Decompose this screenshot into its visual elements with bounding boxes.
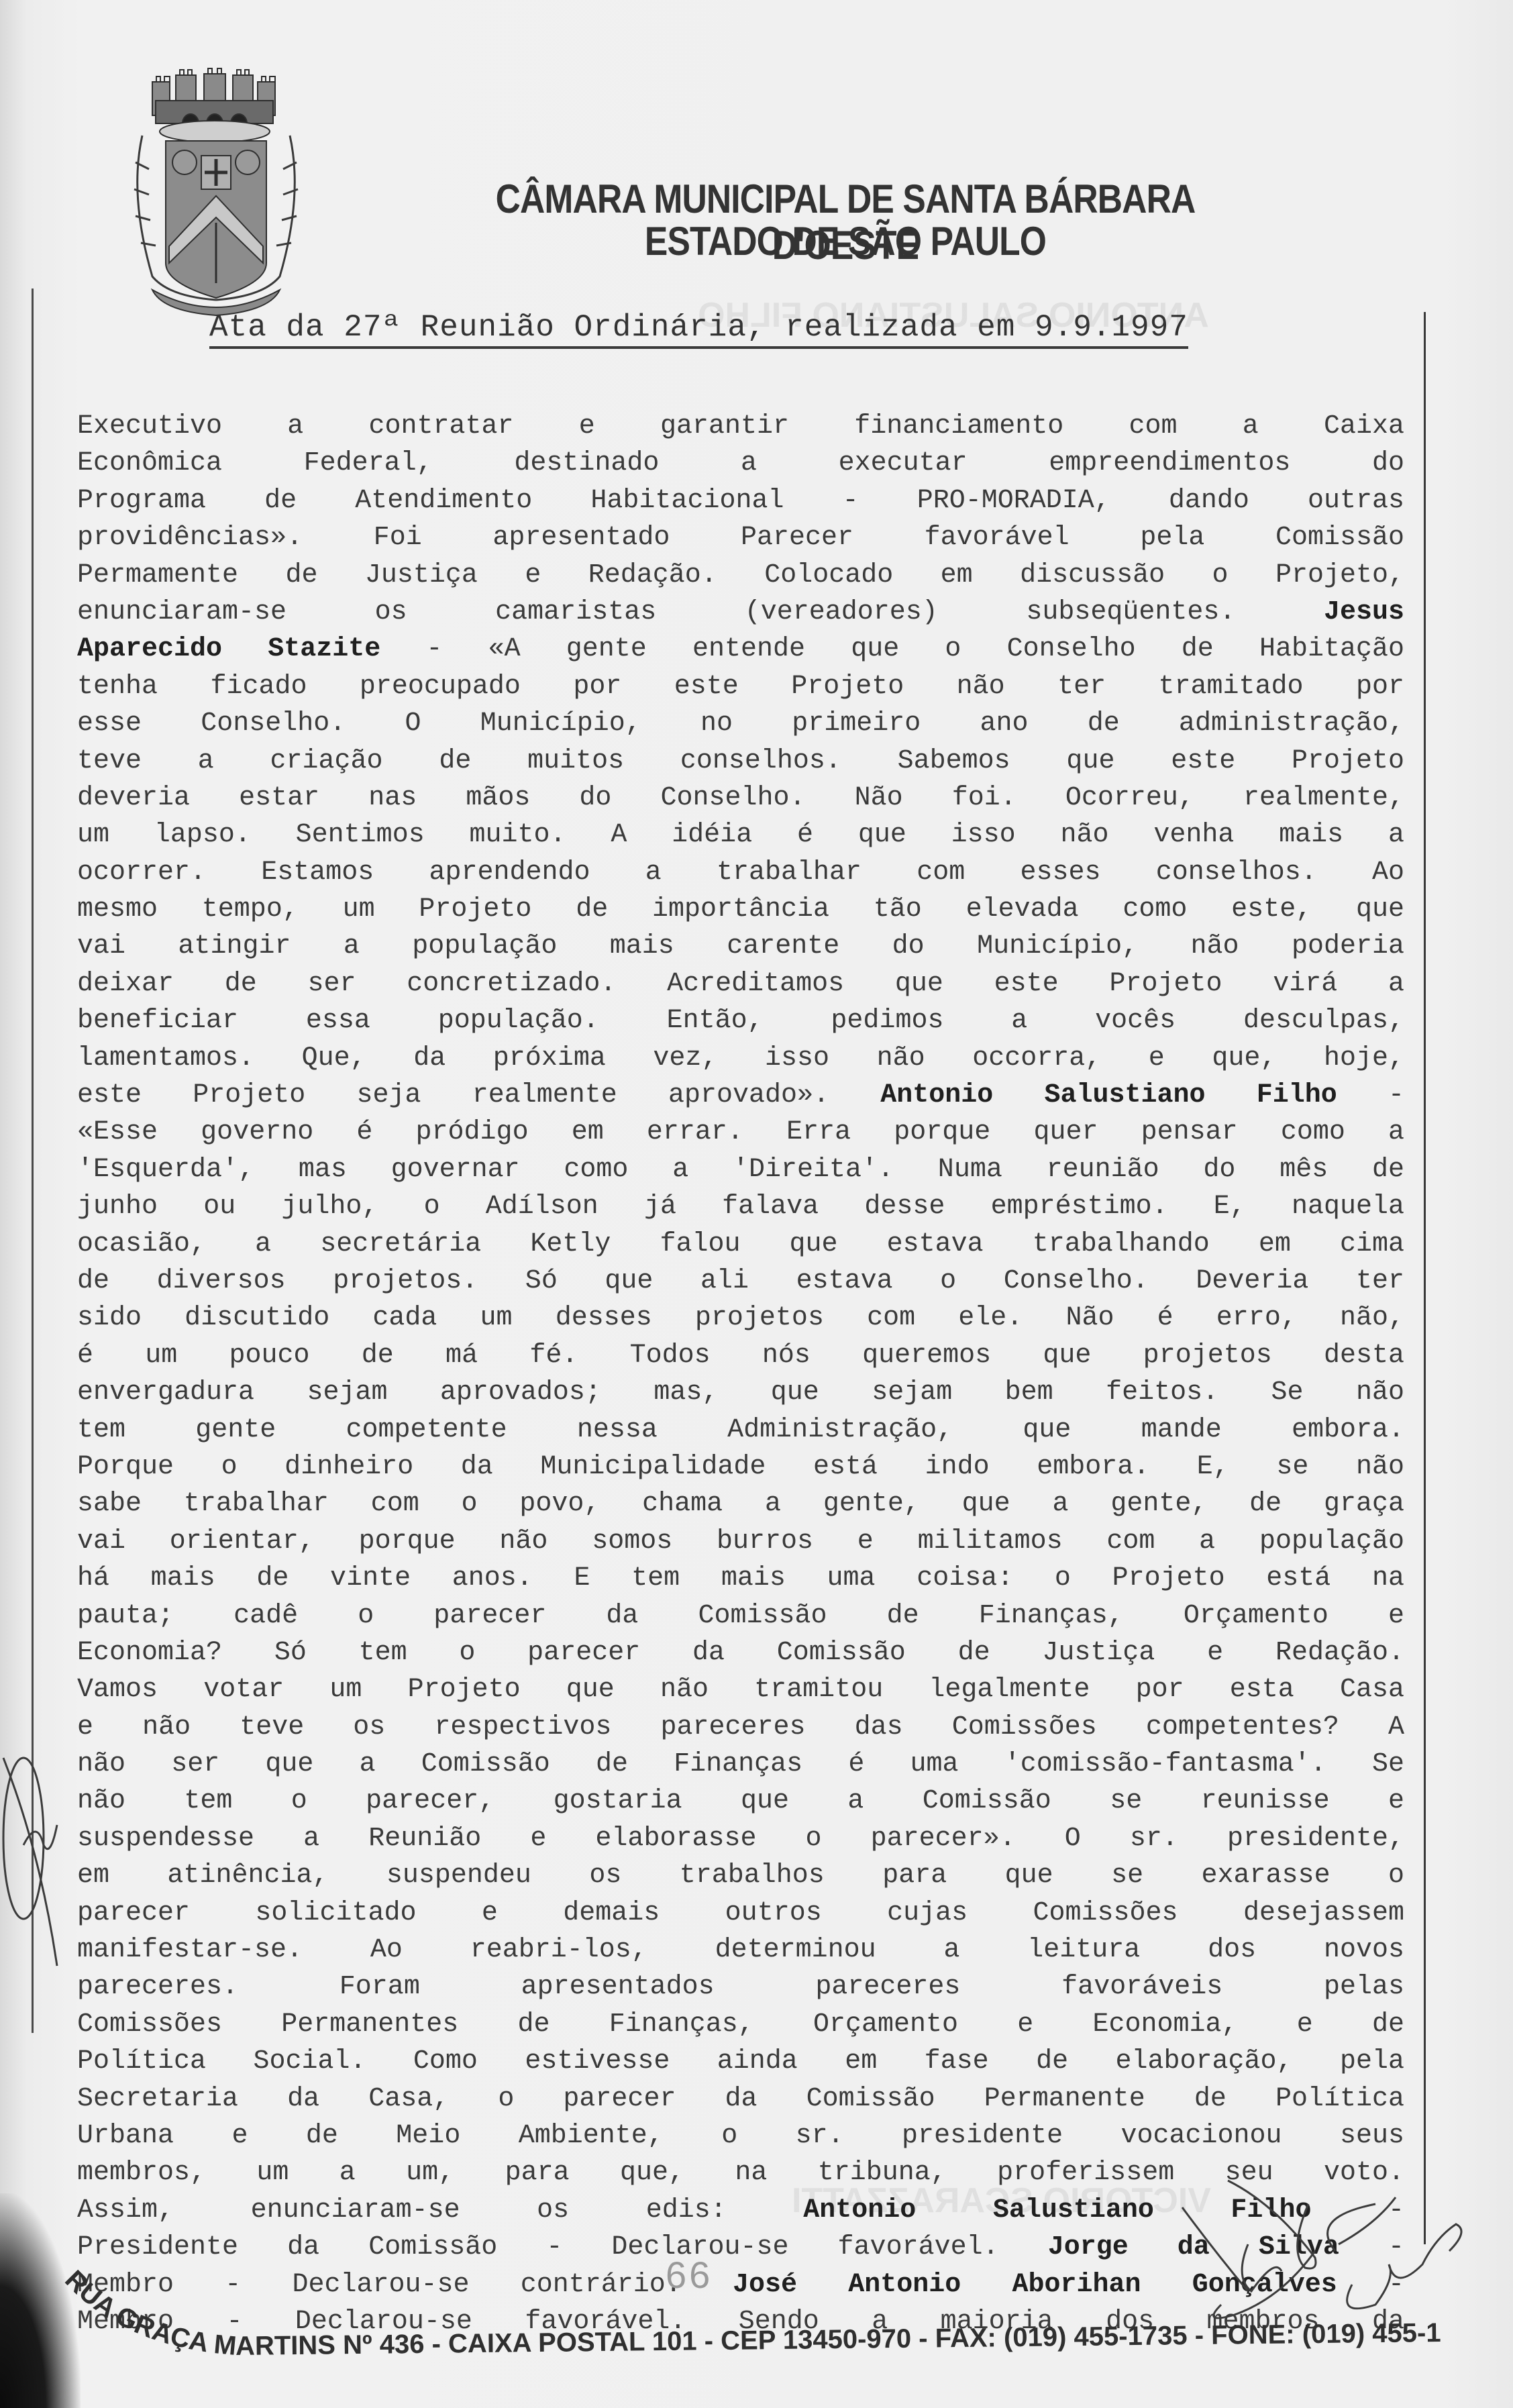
text-segment: Comissões Permanentes de Finanças, Orçam… bbox=[77, 2009, 1404, 2040]
text-line: esse Conselho. O Município, no primeiro … bbox=[77, 705, 1404, 742]
state-name: ESTADO DE SÃO PAULO bbox=[441, 218, 1249, 264]
text-segment: 'Esquerda', mas governar como a 'Direita… bbox=[77, 1155, 1404, 1185]
text-line: Urbana e de Meio Ambiente, o sr. preside… bbox=[77, 2117, 1404, 2154]
text-line: Comissões Permanentes de Finanças, Orçam… bbox=[77, 2006, 1404, 2043]
text-segment: suspendesse a Reunião e elaborasse o par… bbox=[77, 1824, 1404, 1854]
text-line: Econômica Federal, destinado a executar … bbox=[77, 445, 1404, 482]
text-line: Aparecido Stazite - «A gente entende que… bbox=[77, 631, 1404, 668]
text-line: não tem o parecer, gostaria que a Comiss… bbox=[77, 1783, 1404, 1820]
text-segment: - «A gente entende que o Conselho de Hab… bbox=[380, 634, 1404, 664]
text-segment: este Projeto seja realmente aprovado». bbox=[77, 1080, 880, 1110]
text-segment: não ser que a Comissão de Finanças é uma… bbox=[77, 1749, 1404, 1779]
text-line: é um pouco de má fé. Todos nós queremos … bbox=[77, 1337, 1404, 1374]
text-segment: manifestar-se. Ao reabri-los, determinou… bbox=[77, 1935, 1404, 1965]
text-segment: é um pouco de má fé. Todos nós queremos … bbox=[77, 1341, 1404, 1371]
text-line: de diversos projetos. Só que ali estava … bbox=[77, 1263, 1404, 1300]
text-segment: esse Conselho. O Município, no primeiro … bbox=[77, 709, 1404, 739]
text-line: beneficiar essa população. Então, pedimo… bbox=[77, 1002, 1404, 1039]
text-line: Vamos votar um Projeto que não tramitou … bbox=[77, 1671, 1404, 1708]
text-line: há mais de vinte anos. E tem mais uma co… bbox=[77, 1560, 1404, 1597]
text-line: enunciaram-se os camaristas (vereadores)… bbox=[77, 594, 1404, 631]
text-line: «Esse governo é pródigo em errar. Erra p… bbox=[77, 1114, 1404, 1151]
text-segment: vai orientar, porque não somos burros e … bbox=[77, 1526, 1404, 1557]
text-line: ocorrer. Estamos aprendendo a trabalhar … bbox=[77, 854, 1404, 891]
footer-address: RUA GRAÇA MARTINS Nº 436 - CAIXA POSTAL … bbox=[64, 2274, 1473, 2375]
text-line: sido discutido cada um desses projetos c… bbox=[77, 1300, 1404, 1337]
speaker-name: Antonio Salustiano Filho bbox=[880, 1080, 1337, 1110]
text-segment: vai atingir a população mais carente do … bbox=[77, 931, 1404, 961]
text-line: vai atingir a população mais carente do … bbox=[77, 928, 1404, 965]
text-segment: Presidente da Comissão - Declarou-se fav… bbox=[77, 2232, 1048, 2262]
margin-signature-icon bbox=[0, 1744, 74, 1999]
text-segment: beneficiar essa população. Então, pedimo… bbox=[77, 1006, 1404, 1036]
text-segment: Assim, enunciaram-se os edis: bbox=[77, 2195, 803, 2226]
text-segment: enunciaram-se os camaristas (vereadores)… bbox=[77, 597, 1324, 627]
document-title: Ata da 27ª Reunião Ordinária, realizada … bbox=[209, 310, 1188, 349]
text-segment: não tem o parecer, gostaria que a Comiss… bbox=[77, 1786, 1404, 1816]
coat-of-arms-icon bbox=[115, 62, 310, 317]
text-segment: Urbana e de Meio Ambiente, o sr. preside… bbox=[77, 2121, 1404, 2151]
text-line: Economia? Só tem o parecer da Comissão d… bbox=[77, 1634, 1404, 1671]
text-segment: teve a criação de muitos conselhos. Sabe… bbox=[77, 746, 1404, 776]
text-segment: pauta; cadê o parecer da Comissão de Fin… bbox=[77, 1601, 1404, 1631]
text-line: deixar de ser concretizado. Acreditamos … bbox=[77, 965, 1404, 1002]
text-segment: sido discutido cada um desses projetos c… bbox=[77, 1303, 1404, 1333]
text-line: um lapso. Sentimos muito. A idéia é que … bbox=[77, 817, 1404, 853]
text-line: Permamente de Justiça e Redação. Colocad… bbox=[77, 557, 1404, 594]
text-line: pauta; cadê o parecer da Comissão de Fin… bbox=[77, 1598, 1404, 1634]
text-line: Executivo a contratar e garantir financi… bbox=[77, 408, 1404, 445]
text-segment: sabe trabalhar com o povo, chama a gente… bbox=[77, 1489, 1404, 1519]
text-segment: ocorrer. Estamos aprendendo a trabalhar … bbox=[77, 857, 1404, 888]
text-segment: Porque o dinheiro da Municipalidade está… bbox=[77, 1452, 1404, 1482]
minutes-body-text: Executivo a contratar e garantir financi… bbox=[77, 408, 1404, 2340]
text-line: teve a criação de muitos conselhos. Sabe… bbox=[77, 743, 1404, 780]
text-segment: Economia? Só tem o parecer da Comissão d… bbox=[77, 1638, 1404, 1668]
text-line: tenha ficado preocupado por este Projeto… bbox=[77, 668, 1404, 705]
text-segment: Executivo a contratar e garantir financi… bbox=[77, 411, 1404, 441]
text-line: Porque o dinheiro da Municipalidade está… bbox=[77, 1449, 1404, 1485]
text-line: Política Social. Como estivesse ainda em… bbox=[77, 2043, 1404, 2080]
text-segment: deveria estar nas mãos do Conselho. Não … bbox=[77, 783, 1404, 813]
text-line: junho ou julho, o Adílson já falava dess… bbox=[77, 1188, 1404, 1225]
text-segment: tenha ficado preocupado por este Projeto… bbox=[77, 672, 1404, 702]
text-line: 'Esquerda', mas governar como a 'Direita… bbox=[77, 1151, 1404, 1188]
text-line: parecer solicitado e demais outros cujas… bbox=[77, 1895, 1404, 1932]
text-line: manifestar-se. Ao reabri-los, determinou… bbox=[77, 1932, 1404, 1969]
text-segment: de diversos projetos. Só que ali estava … bbox=[77, 1266, 1404, 1296]
text-segment: tem gente competente nessa Administração… bbox=[77, 1415, 1404, 1445]
text-segment: mesmo tempo, um Projeto de importância t… bbox=[77, 894, 1404, 925]
text-segment: pareceres. Foram apresentados pareceres … bbox=[77, 1972, 1404, 2002]
text-segment: Vamos votar um Projeto que não tramitou … bbox=[77, 1675, 1404, 1705]
speaker-name: Jesus bbox=[1324, 597, 1404, 627]
text-segment: - bbox=[1337, 1080, 1404, 1110]
text-segment: e não teve os respectivos pareceres das … bbox=[77, 1712, 1404, 1742]
text-segment: junho ou julho, o Adílson já falava dess… bbox=[77, 1192, 1404, 1222]
text-segment: Econômica Federal, destinado a executar … bbox=[77, 448, 1404, 478]
text-line: tem gente competente nessa Administração… bbox=[77, 1412, 1404, 1449]
text-line: lamentamos. Que, da próxima vez, isso nã… bbox=[77, 1040, 1404, 1077]
text-line: Secretaria da Casa, o parecer da Comissã… bbox=[77, 2081, 1404, 2117]
text-line: deveria estar nas mãos do Conselho. Não … bbox=[77, 780, 1404, 817]
text-segment: em atinência, suspendeu os trabalhos par… bbox=[77, 1861, 1404, 1891]
text-line: envergadura sejam aprovados; mas, que se… bbox=[77, 1374, 1404, 1411]
text-segment: ocasião, a secretária Ketly falou que es… bbox=[77, 1229, 1404, 1259]
text-line: não ser que a Comissão de Finanças é uma… bbox=[77, 1746, 1404, 1783]
text-segment: Permamente de Justiça e Redação. Colocad… bbox=[77, 560, 1404, 590]
text-segment: envergadura sejam aprovados; mas, que se… bbox=[77, 1377, 1404, 1408]
text-segment: «Esse governo é pródigo em errar. Erra p… bbox=[77, 1117, 1404, 1147]
text-line: vai orientar, porque não somos burros e … bbox=[77, 1523, 1404, 1560]
text-line: este Projeto seja realmente aprovado». A… bbox=[77, 1077, 1404, 1114]
text-line: suspendesse a Reunião e elaborasse o par… bbox=[77, 1820, 1404, 1857]
right-margin-rule bbox=[1424, 312, 1426, 2244]
text-segment: Política Social. Como estivesse ainda em… bbox=[77, 2046, 1404, 2077]
text-segment: Programa de Atendimento Habitacional - P… bbox=[77, 486, 1404, 516]
text-line: ocasião, a secretária Ketly falou que es… bbox=[77, 1226, 1404, 1263]
text-line: mesmo tempo, um Projeto de importância t… bbox=[77, 891, 1404, 928]
text-segment: lamentamos. Que, da próxima vez, isso nã… bbox=[77, 1043, 1404, 1074]
text-line: providências». Foi apresentado Parecer f… bbox=[77, 519, 1404, 556]
text-segment: parecer solicitado e demais outros cujas… bbox=[77, 1898, 1404, 1928]
text-segment: deixar de ser concretizado. Acreditamos … bbox=[77, 969, 1404, 999]
text-segment: Secretaria da Casa, o parecer da Comissã… bbox=[77, 2084, 1404, 2114]
text-line: pareceres. Foram apresentados pareceres … bbox=[77, 1969, 1404, 2005]
speaker-name: Aparecido Stazite bbox=[77, 634, 380, 664]
text-segment: um lapso. Sentimos muito. A idéia é que … bbox=[77, 820, 1404, 850]
text-line: em atinência, suspendeu os trabalhos par… bbox=[77, 1857, 1404, 1894]
text-segment: há mais de vinte anos. E tem mais uma co… bbox=[77, 1563, 1404, 1593]
text-line: e não teve os respectivos pareceres das … bbox=[77, 1709, 1404, 1746]
text-line: sabe trabalhar com o povo, chama a gente… bbox=[77, 1485, 1404, 1522]
text-line: Programa de Atendimento Habitacional - P… bbox=[77, 482, 1404, 519]
text-segment: providências». Foi apresentado Parecer f… bbox=[77, 523, 1404, 553]
